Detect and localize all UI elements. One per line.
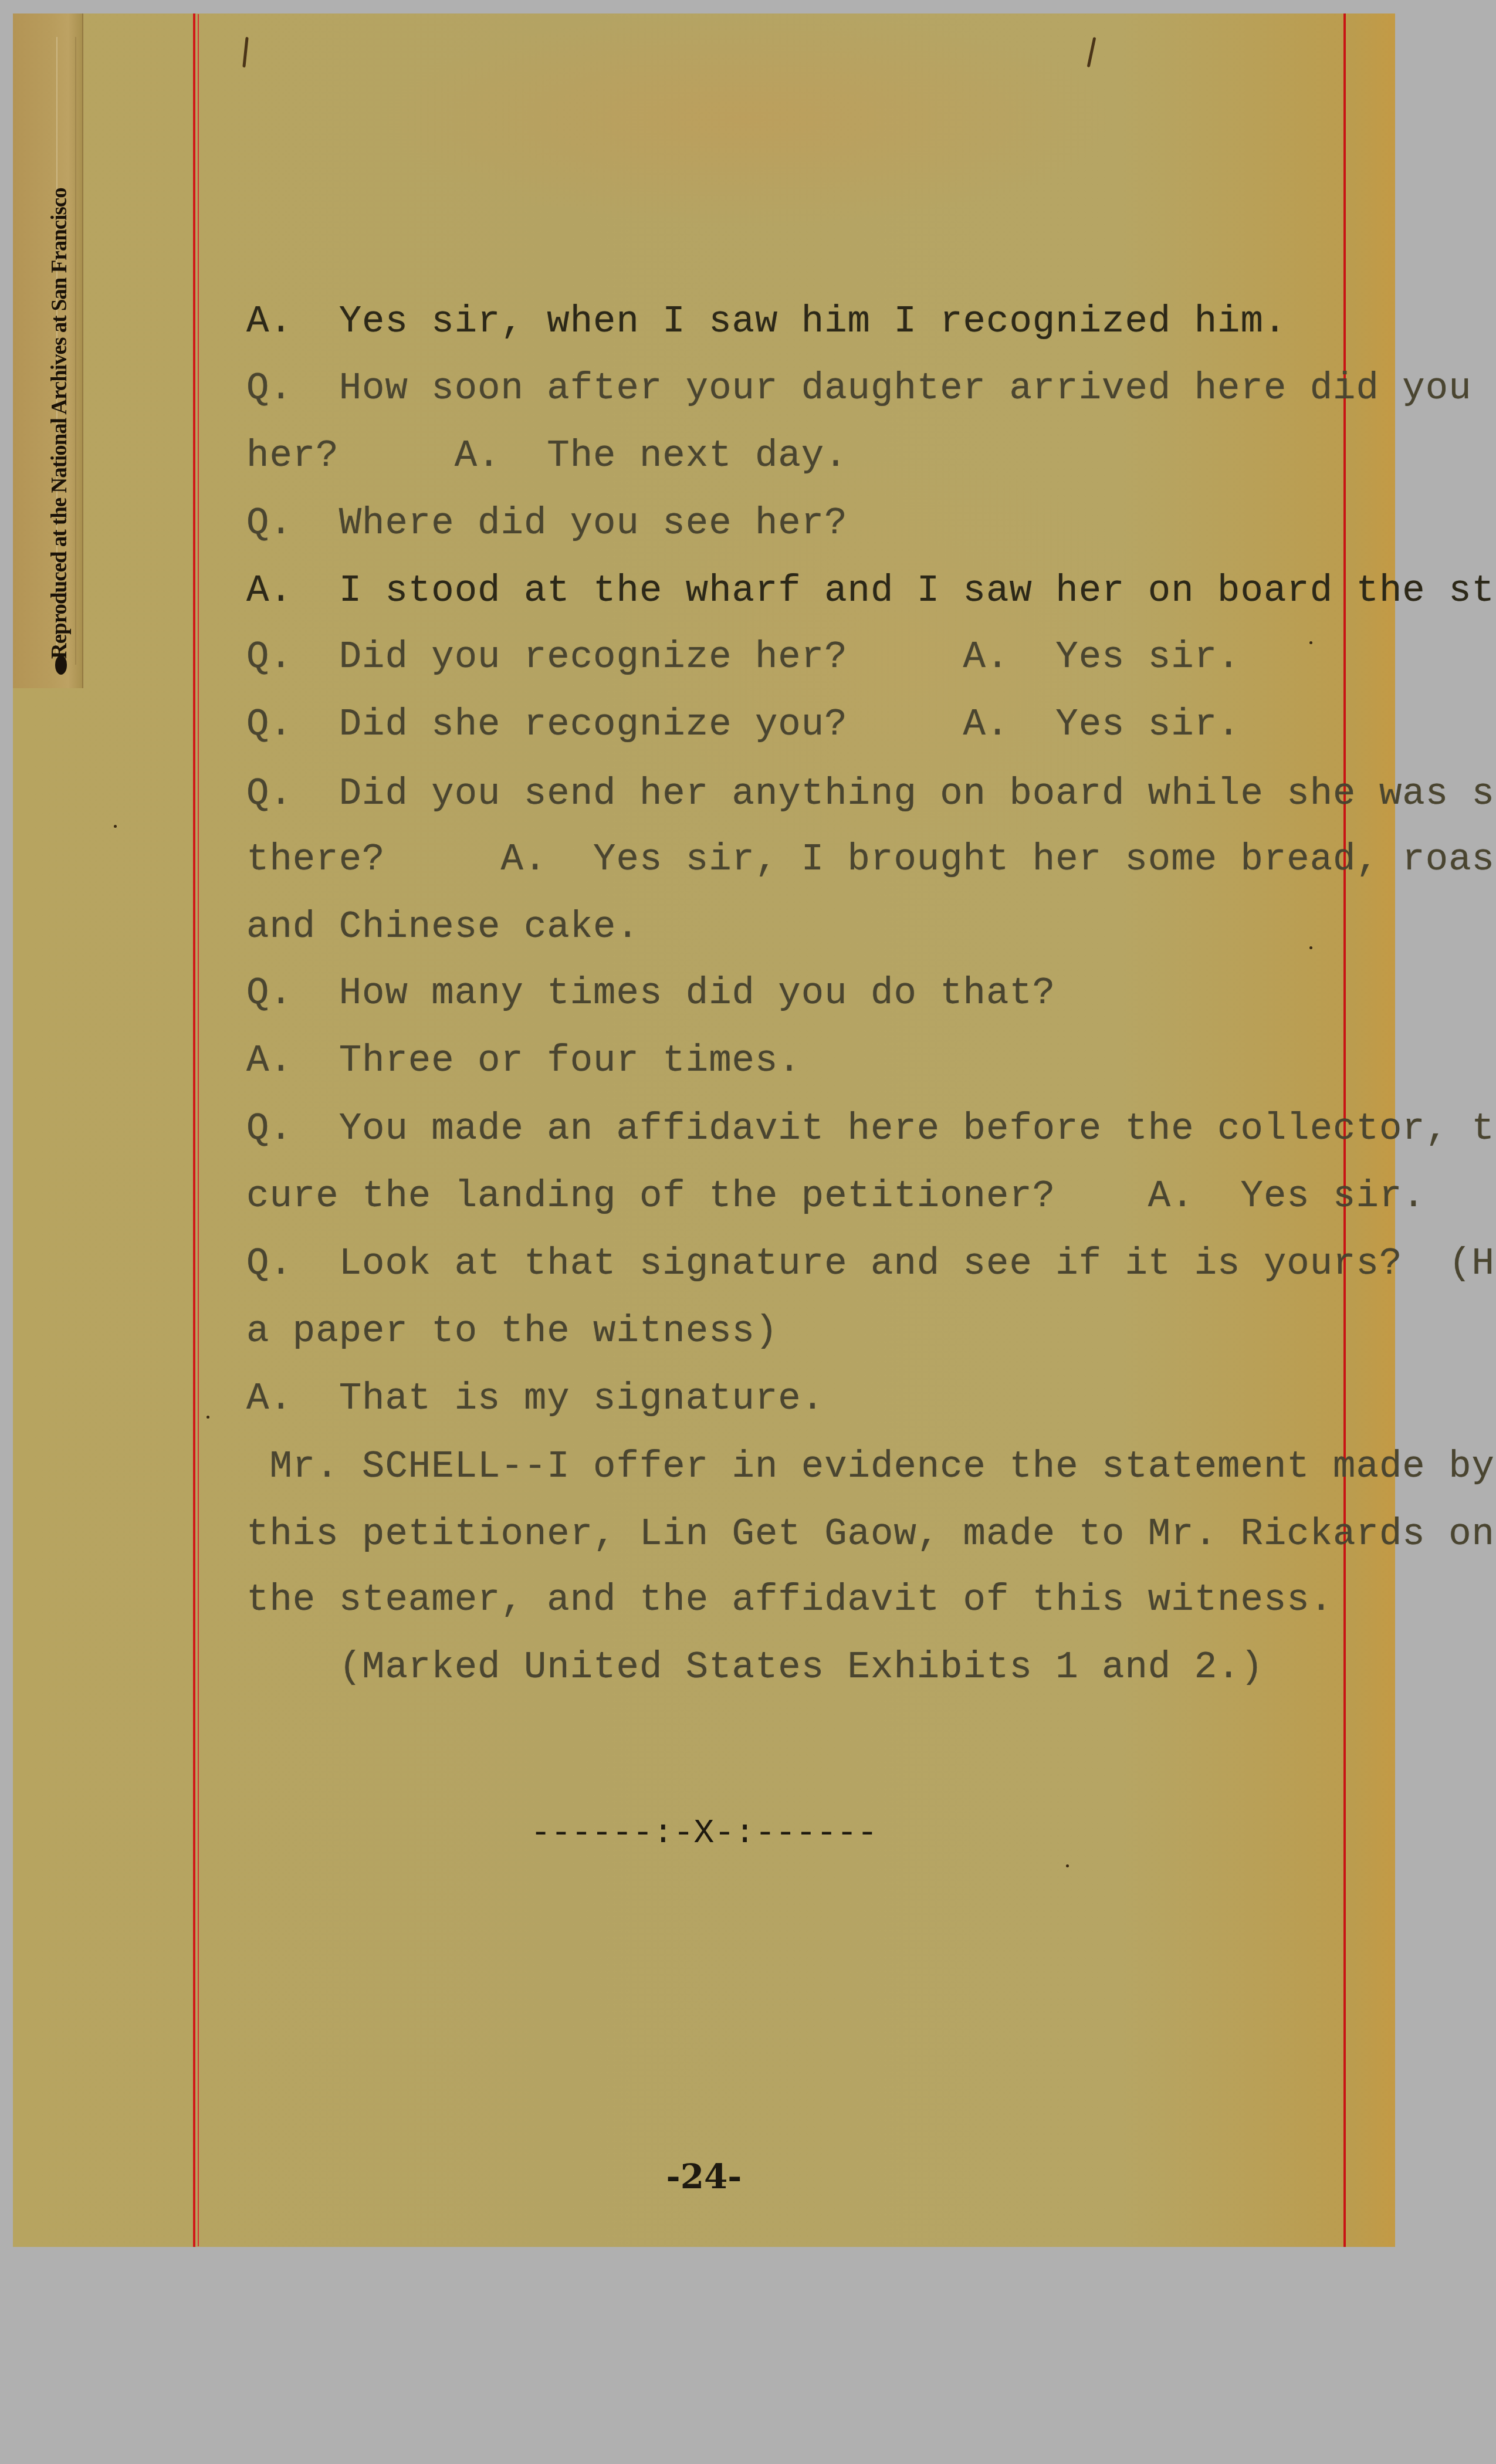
left-margin-rule [193,13,195,2247]
transcript-line: A. Yes sir, when I saw him I recognized … [246,302,1287,343]
transcript-line: Q. How many times did you do that? [246,973,1055,1014]
transcript-line: Q. You made an affidavit here before the… [246,1109,1496,1150]
speck [207,1416,209,1419]
transcript-line: A. I stood at the wharf and I saw her on… [246,571,1496,612]
speck [114,825,117,828]
transcript-line: and Chinese cake. [246,907,639,948]
transcript-line: Mr. SCHELL--I offer in evidence the stat… [246,1447,1495,1488]
binding-strip: Reproduced at the National Archives at S… [13,13,83,688]
speck [1309,946,1312,949]
transcript-line: Q. Look at that signature and see if it … [246,1244,1496,1285]
bracket-mark [1087,37,1096,67]
transcript-line: A. Three or four times. [246,1041,801,1082]
speck [1309,641,1312,644]
transcript-line: A. That is my signature. [246,1379,824,1420]
document-page: Reproduced at the National Archives at S… [13,13,1395,2247]
transcript-line: this petitioner, Lin Get Gaow, made to M… [246,1514,1496,1555]
transcript-line: Q. Did you recognize her? A. Yes sir. [246,637,1240,678]
transcript-line: the steamer, and the affidavit of this w… [246,1580,1333,1621]
transcript-line: cure the landing of the petitioner? A. Y… [246,1176,1426,1217]
transcript-line: there? A. Yes sir, I brought her some br… [246,840,1496,881]
transcript-line: (Marked United States Exhibits 1 and 2.) [246,1647,1264,1688]
ink-blotch [55,656,67,675]
transcript-line: Q. Did she recognize you? A. Yes sir. [246,705,1240,746]
transcript-line: Q. Did you send her anything on board wh… [246,774,1496,815]
bracket-mark [242,37,248,67]
transcript-line: Q. Where did you see her? [246,503,848,544]
transcript-line: her? A. The next day. [246,436,848,477]
speck [1066,1864,1069,1867]
page-number: -24- [13,2156,1395,2197]
transcript-line: Q. How soon after your daughter arrived … [246,368,1496,409]
archive-stamp: Reproduced at the National Archives at S… [47,96,72,659]
transcript-line: a paper to the witness) [246,1311,778,1352]
section-separator: ------:-X-:------ [13,1813,1395,1854]
